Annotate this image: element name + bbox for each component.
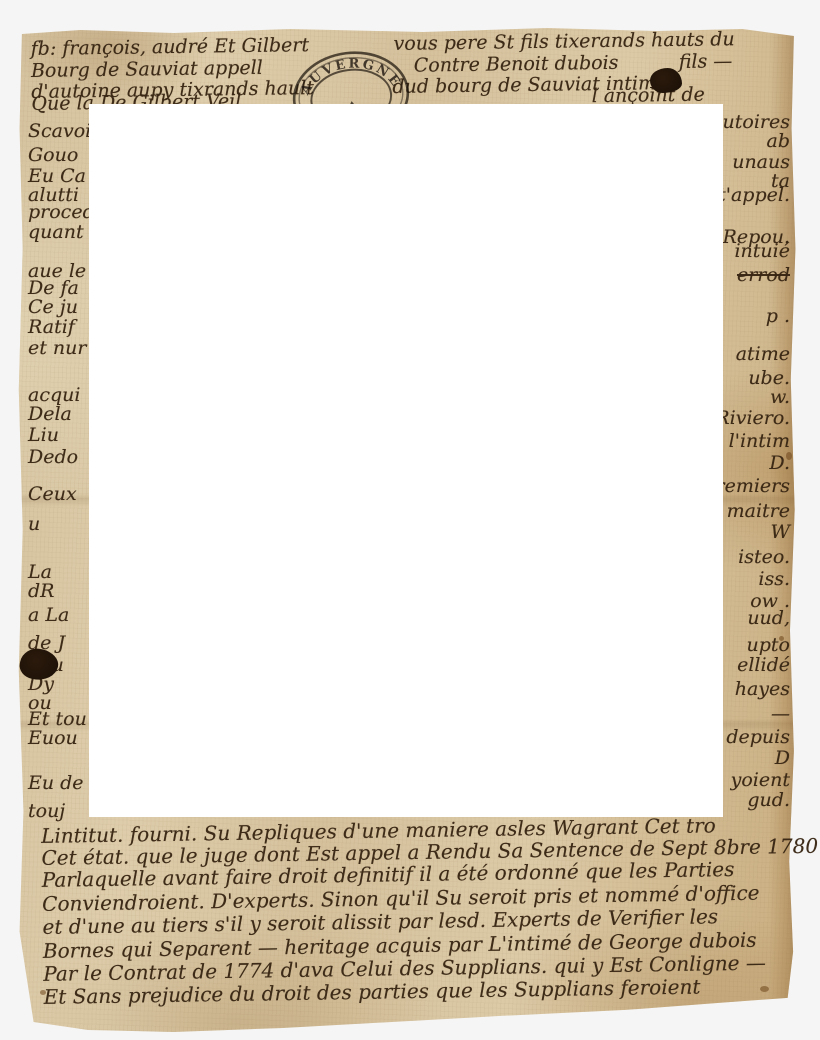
manuscript-fragment: hayes bbox=[735, 678, 790, 700]
manuscript-fragment: touj bbox=[28, 800, 65, 822]
manuscript-fragment: Riviero. bbox=[715, 407, 790, 429]
manuscript-fragment: t'appel. bbox=[718, 184, 790, 206]
manuscript-fragment: u bbox=[28, 513, 40, 535]
manuscript-fragment: — bbox=[771, 703, 790, 725]
manuscript-fragment: Ceux bbox=[28, 483, 77, 505]
manuscript-fragment: yoient bbox=[731, 769, 790, 791]
manuscript-fragment: w. bbox=[770, 386, 790, 408]
manuscript-fragment: Euou bbox=[28, 727, 78, 749]
manuscript-fragment: ellidé bbox=[737, 654, 790, 676]
manuscript-fragment: Gouo bbox=[28, 144, 78, 166]
manuscript-fragment: maitre bbox=[727, 500, 790, 522]
manuscript-fragment: quant bbox=[28, 221, 84, 243]
manuscript-fragment: atime bbox=[736, 343, 790, 365]
manuscript-fragment: p . bbox=[766, 305, 790, 327]
manuscript-fragment: W bbox=[770, 521, 790, 543]
paper-stain bbox=[786, 452, 792, 460]
manuscript-fragment: Ce ju bbox=[28, 296, 78, 318]
manuscript-fragment: isteo. bbox=[738, 546, 790, 568]
blank-photo-area bbox=[89, 104, 723, 817]
manuscript-fragment: iss. bbox=[758, 568, 790, 590]
manuscript-fragment: et nur bbox=[28, 337, 86, 359]
manuscript-fragment: Eu de bbox=[28, 772, 84, 794]
manuscript-fragment: dR bbox=[28, 580, 54, 602]
manuscript-fragment: a La bbox=[28, 604, 69, 626]
manuscript-fragment: intuié bbox=[734, 240, 790, 262]
ink-blot bbox=[650, 68, 682, 93]
paper-stain bbox=[40, 990, 46, 995]
manuscript-fragment: ab bbox=[767, 130, 791, 152]
screenshot-root: fb: françois, audré Et Gilbert vous pere… bbox=[0, 0, 820, 1040]
manuscript-fragment: gud. bbox=[747, 789, 790, 811]
manuscript-fragment: errod bbox=[737, 264, 790, 286]
manuscript-fragment: remiers bbox=[716, 475, 791, 497]
manuscript-fragment: Dedo bbox=[28, 446, 78, 468]
manuscript-fragment: Dela bbox=[28, 403, 72, 425]
paper-stain bbox=[779, 636, 784, 641]
manuscript-fragment: proced bbox=[28, 201, 95, 223]
manuscript-fragment: Liu bbox=[28, 424, 59, 446]
manuscript-fragment: depuis bbox=[726, 726, 790, 748]
manuscript-fragment: uud, bbox=[747, 607, 790, 629]
paper-stain bbox=[760, 986, 769, 992]
manuscript-fragment: D bbox=[775, 747, 790, 769]
manuscript-fragment: Ratif bbox=[28, 316, 75, 338]
manuscript-fragment: Scavoi bbox=[28, 120, 91, 142]
